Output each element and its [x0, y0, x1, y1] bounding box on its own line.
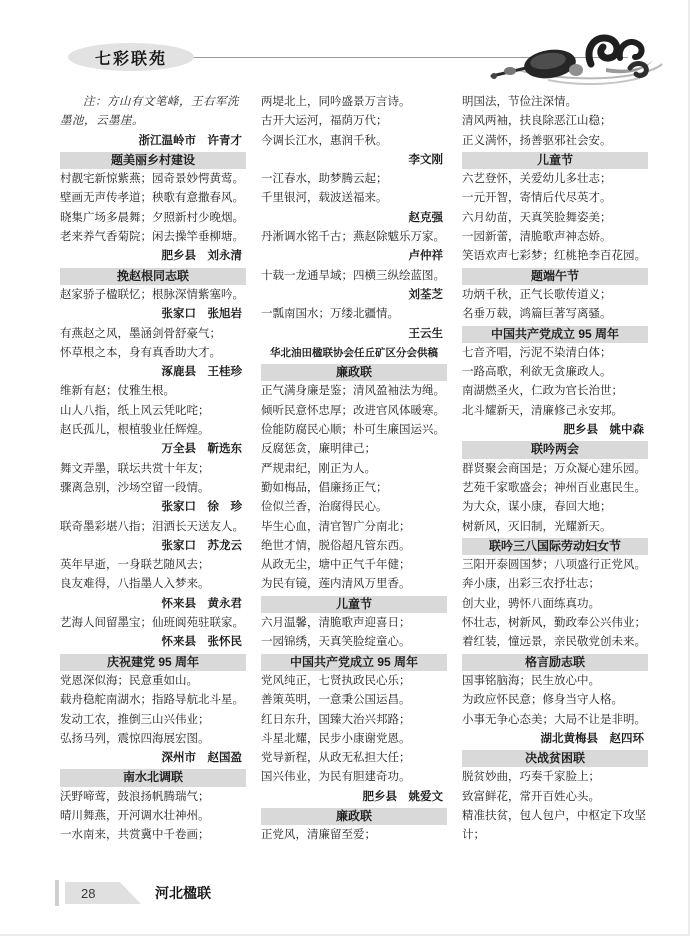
text-column: 明国法，节俭注深情。清风两袖，扶良除恶江山稳；正义满怀，扬善驱邪社会安。儿童节六… [462, 93, 648, 846]
couplet-line: 奔小康，出彩三农抒壮志； [462, 575, 648, 594]
couplet-line: 丹淅调水铭千古；燕赵除魃乐万家。 [261, 228, 447, 247]
couplet-line: 千里银河，载波送福来。 [261, 189, 447, 208]
section-header: 决战贫困联 [462, 750, 648, 767]
couplet-line: 沃野啼莺，鼓浪扬帆腾瑞气； [60, 788, 246, 807]
couplet-line: 党风纯正，七贤执政民心乐； [261, 672, 447, 691]
author-line: 深州市 赵国盈 [60, 749, 246, 768]
couplet-line: 三阳开泰圆国梦；八项盛行正党风。 [462, 556, 648, 575]
couplet-line: 舞文弄墨，联坛共赏十年友； [60, 460, 246, 479]
couplet-line: 山人八指，纸上风云凭叱咤； [60, 402, 246, 421]
couplet-line: 今调长江水，惠润千秋。 [261, 132, 447, 151]
section-header: 题端午节 [462, 268, 648, 285]
couplet-line: 六艺登怀，关爱幼儿多壮志； [462, 170, 648, 189]
couplet-line: 两堤北上，同吟盛景万言诗。 [261, 93, 447, 112]
couplet-line: 党恩深似海；民意重如山。 [60, 672, 246, 691]
couplet-line: 善策英明，一意秉公国运昌。 [261, 691, 447, 710]
couplet-line: 俭似兰香，治腐得民心。 [261, 498, 447, 517]
couplet-line: 明国法，节俭注深情。 [462, 93, 648, 112]
couplet-line: 十载一龙通旱域；四横三纵绘蓝图。 [261, 267, 447, 286]
couplet-line: 北斗耀新天，清廉修己永安邦。 [462, 402, 648, 421]
author-line: 怀来县 张怀民 [60, 633, 246, 652]
couplet-line: 为民有镜，莲内清风万里香。 [261, 575, 447, 594]
couplet-line: 正义满怀，扬善驱邪社会安。 [462, 132, 648, 151]
couplet-line: 致富鲜花，常开百姓心头。 [462, 788, 648, 807]
author-line: 卢仲祥 [261, 247, 447, 266]
couplet-line: 联奇墨彩堪八指；泪洒长天送友人。 [60, 518, 246, 537]
couplet-line: 一水南来，共赏冀中千卷画； [60, 826, 246, 845]
author-line: 浙江温岭市 许青才 [60, 132, 246, 151]
couplet-line: 艺苑千家歌盛会；神州百业惠民生。 [462, 479, 648, 498]
couplet-line: 党导新程，从政无私担大任； [261, 749, 447, 768]
couplet-line: 勤如梅品，倡廉扬正气； [261, 479, 447, 498]
couplet-line: 怀壮志，树新风，勤政奉公兴伟业； [462, 614, 648, 633]
author-line: 张家口 张旭岩 [60, 305, 246, 324]
section-header: 儿童节 [261, 596, 447, 613]
couplet-line: 一园锦绣，天真笑脸绽童心。 [261, 633, 447, 652]
couplet-line: 南湖燃圣火，仁政为官长治世； [462, 382, 648, 401]
author-line: 湖北黄梅县 赵四环 [462, 730, 648, 749]
couplet-line: 反腐惩贪，廉明律己； [261, 440, 447, 459]
couplet-line: 英年早逝，一身联艺随风去； [60, 556, 246, 575]
couplet-line: 怀草根之本，身有真香助大才。 [60, 344, 246, 363]
section-header: 南水北调联 [60, 769, 246, 786]
couplet-line: 创大业，骋怀八面练真功。 [462, 595, 648, 614]
couplet-line: 壁画无声传孝道；秧歌有意撒春风。 [60, 189, 246, 208]
text-column: 两堤北上，同吟盛景万言诗。古开大运河，福荫万代；今调长江水，惠润千秋。李文刚一江… [261, 93, 447, 846]
couplet-line: 赵氏孤儿，根植骏业任辉煌。 [60, 421, 246, 440]
couplet-line: 古开大运河，福荫万代； [261, 112, 447, 131]
author-line: 肥乡县 姚爱文 [261, 788, 447, 807]
section-header: 廉政联 [261, 364, 447, 381]
couplet-line: 红日东升，国臻大治兴邦路； [261, 711, 447, 730]
couplet-line: 良友难得，八指墨人入梦来。 [60, 575, 246, 594]
column-title: 七彩联苑 [95, 46, 167, 69]
couplet-line: 一瓢南国水；万缕北疆情。 [261, 305, 447, 324]
couplet-line: 一路高歌，利欲无贪廉政人。 [462, 363, 648, 382]
masthead: 七彩联苑 [60, 38, 650, 90]
magazine-page: 七彩联苑 注：方山有文笔峰，王右军洗墨池，云墨崖。浙江温岭市 许青才题美丽乡村建… [0, 0, 690, 936]
section-header: 中国共产党成立 95 周年 [261, 654, 447, 671]
couplet-line: 六月幼苗，天真笑脸舞姿美； [462, 209, 648, 228]
couplet-line: 发动工农，推倒三山兴伟业； [60, 711, 246, 730]
couplet-line: 精准扶贫，包人包户，中枢定下攻坚计； [462, 807, 648, 846]
author-line: 怀来县 黄永君 [60, 595, 246, 614]
couplet-line: 树新风，灭旧制，光耀新天。 [462, 518, 648, 537]
author-line: 李文刚 [261, 151, 447, 170]
author-line: 张家口 徐 珍 [60, 498, 246, 517]
couplet-line: 国事铭脑海；民生放心中。 [462, 672, 648, 691]
couplet-line: 功炳千秋，正气长歌传道义； [462, 286, 648, 305]
section-header: 庆祝建党 95 周年 [60, 654, 246, 671]
couplet-line: 载舟稳舵南湖水；指路导航北斗星。 [60, 691, 246, 710]
couplet-line: 七音齐唱，污泥不染清白体； [462, 344, 648, 363]
couplet-line: 倾听民意怀忠厚；改进官风体暖寒。 [261, 402, 447, 421]
couplet-line: 笑语欢声七彩梦；红桃艳李百花园。 [462, 247, 648, 266]
footer-accent-bar [55, 880, 59, 906]
couplet-line: 维新有赵；仗雅生根。 [60, 382, 246, 401]
content-columns: 注：方山有文笔峰，王右军洗墨池，云墨崖。浙江温岭市 许青才题美丽乡村建设村靓宅新… [60, 93, 648, 846]
author-line: 肥乡县 姚中森 [462, 421, 648, 440]
section-header: 挽赵根同志联 [60, 268, 246, 285]
couplet-line: 一元开智，寄情后代尽英才。 [462, 189, 648, 208]
couplet-line: 斗星北耀，民步小康谢党恩。 [261, 730, 447, 749]
couplet-line: 绝世才情，脱俗超凡管东西。 [261, 537, 447, 556]
page-number: 28 [81, 886, 95, 901]
author-line: 万全县 靳选东 [60, 440, 246, 459]
publication-name: 河北楹联 [155, 883, 211, 903]
couplet-line: 毕生心血，清官智广分南北； [261, 518, 447, 537]
section-header: 联吟三八国际劳动妇女节 [462, 538, 648, 555]
author-line: 肥乡县 刘永清 [60, 247, 246, 266]
couplet-line: 艺海人间留墨宝；仙班阆苑驻联家。 [60, 614, 246, 633]
ink-stone-decoration-icon [488, 24, 664, 94]
couplet-line: 清风两袖，扶良除恶江山稳； [462, 112, 648, 131]
couplet-line: 从政无尘，塘中正气千年健； [261, 556, 447, 575]
section-header: 廉政联 [261, 808, 447, 825]
section-header: 儿童节 [462, 152, 648, 169]
author-line: 刘荃芝 [261, 286, 447, 305]
couplet-line: 正党风，清廉留至爱； [261, 826, 447, 845]
couplet-line: 正气满身廉是鉴；清风盈袖法为绳。 [261, 382, 447, 401]
couplet-line: 弘扬马列，震惊四海展宏图。 [60, 730, 246, 749]
couplet-line: 为政应怀民意；修身当守人格。 [462, 691, 648, 710]
couplet-line: 一园新蕾，清脆歌声神态娇。 [462, 228, 648, 247]
column-title-badge: 七彩联苑 [68, 43, 194, 71]
couplet-line: 名垂万载，鸿篇巨著写离骚。 [462, 305, 648, 324]
section-header: 格言励志联 [462, 654, 648, 671]
section-header: 联吟两会 [462, 441, 648, 458]
text-column: 注：方山有文笔峰，王右军洗墨池，云墨崖。浙江温岭市 许青才题美丽乡村建设村靓宅新… [60, 93, 246, 846]
couplet-line: 一江春水，助梦腾云起； [261, 170, 447, 189]
couplet-line: 晴川舞燕，开河调水壮神州。 [60, 807, 246, 826]
couplet-line: 严规肃纪，刚正为人。 [261, 460, 447, 479]
couplet-line: 有燕赵之风，墨涵剑骨舒豪气； [60, 325, 246, 344]
couplet-line: 骤离急别，沙场空留一段情。 [60, 479, 246, 498]
couplet-line: 国兴伟业，为民有胆建奇功。 [261, 768, 447, 787]
credit-line: 华北油田楹联协会任丘矿区分会供稿 [261, 344, 447, 363]
couplet-line: 村靓宅新惊紫燕；园奇景妙愕黄莺。 [60, 170, 246, 189]
note-line: 注：方山有文笔峰，王右军洗墨池，云墨崖。 [60, 93, 246, 132]
author-line: 涿鹿县 王桂珍 [60, 363, 246, 382]
couplet-line: 俭能防腐民心顺；朴可生廉国运兴。 [261, 421, 447, 440]
couplet-line: 晓集广场多晨舞；夕照新村少晚烟。 [60, 209, 246, 228]
couplet-line: 群贤聚会商国是；万众凝心建乐园。 [462, 460, 648, 479]
couplet-line: 六月温馨，清脆歌声迎喜日； [261, 614, 447, 633]
couplet-line: 为大众，谋小康，春回大地； [462, 498, 648, 517]
couplet-line: 小事无争心态美；大局不让是非明。 [462, 711, 648, 730]
section-header: 中国共产党成立 95 周年 [462, 326, 648, 343]
couplet-line: 脱贫妙曲，巧奏千家脸上； [462, 768, 648, 787]
couplet-line: 老来养气香菊院；闲去操竿垂柳塘。 [60, 228, 246, 247]
couplet-line: 着红装，憧远景，亲民敬党创未来。 [462, 633, 648, 652]
couplet-line: 赵家骄子楹联忆；根脉深情紫塞吟。 [60, 286, 246, 305]
author-line: 张家口 苏龙云 [60, 537, 246, 556]
page-number-pennant: 28 [65, 882, 141, 904]
author-line: 王云生 [261, 325, 447, 344]
section-header: 题美丽乡村建设 [60, 152, 246, 169]
page-footer: 28 河北楹联 [55, 880, 211, 906]
author-line: 赵克强 [261, 209, 447, 228]
